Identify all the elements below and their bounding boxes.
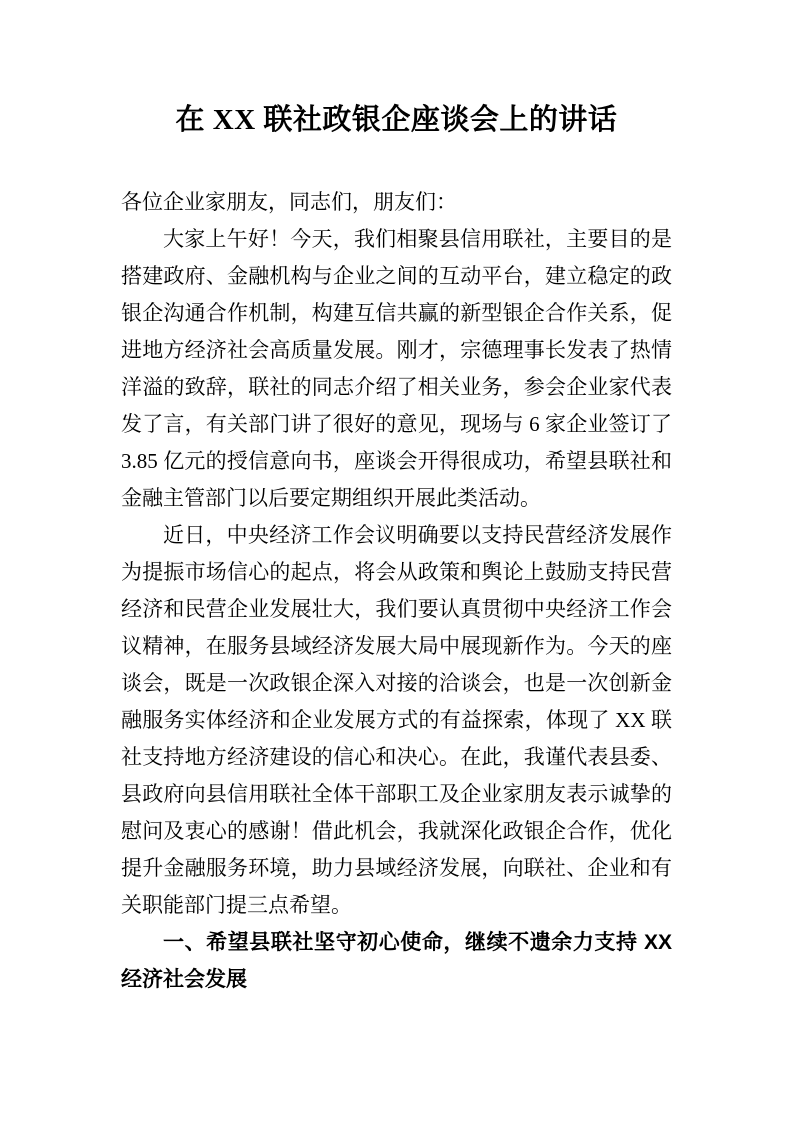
document-title: 在 XX 联社政银企座谈会上的讲话 — [121, 96, 672, 144]
salutation-line: 各位企业家朋友，同志们，朋友们： — [121, 184, 672, 221]
section-heading-1: 一、希望县联社坚守初心使命，继续不遗余力支持 XX 经济社会发展 — [121, 924, 672, 998]
body-paragraph-1: 大家上午好！今天，我们相聚县信用联社，主要目的是搭建政府、金融机构与企业之间的互… — [121, 221, 672, 517]
document-page: 在 XX 联社政银企座谈会上的讲话 各位企业家朋友，同志们，朋友们： 大家上午好… — [0, 0, 793, 1122]
document-body: 各位企业家朋友，同志们，朋友们： 大家上午好！今天，我们相聚县信用联社，主要目的… — [121, 184, 672, 998]
body-paragraph-2: 近日，中央经济工作会议明确要以支持民营经济发展作为提振市场信心的起点，将会从政策… — [121, 517, 672, 924]
